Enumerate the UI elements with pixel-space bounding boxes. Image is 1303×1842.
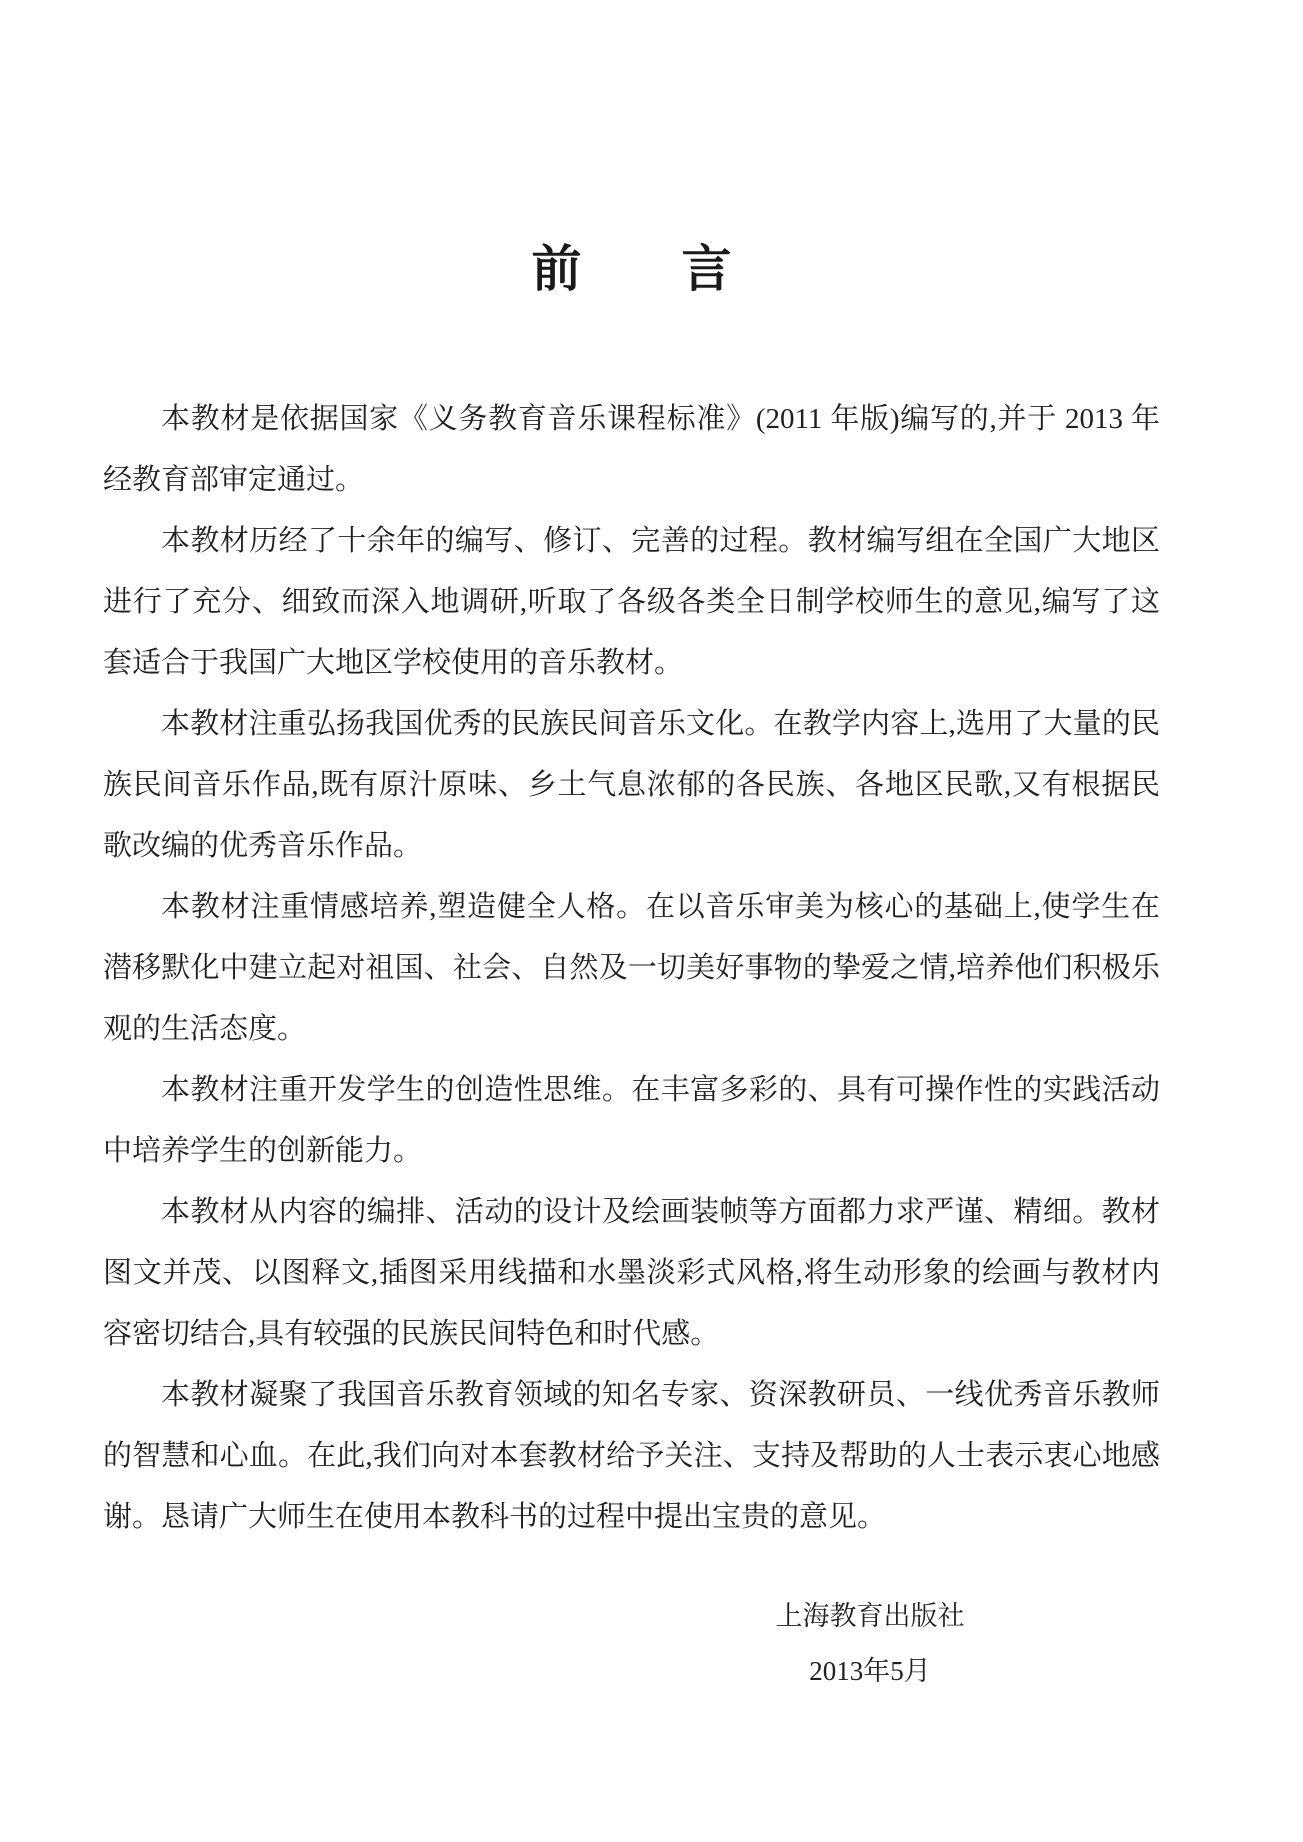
paragraph-emotion: 本教材注重情感培养,塑造健全人格。在以音乐审美为核心的基础上,使学生在潜移默化中… <box>103 877 1160 1060</box>
paragraph-acknowledgement: 本教材凝聚了我国音乐教育领域的知名专家、资深教研员、一线优秀音乐教师的智慧和心血… <box>103 1365 1160 1548</box>
publish-date: 2013年5月 <box>720 1644 1020 1699</box>
paragraph-design: 本教材从内容的编排、活动的设计及绘画装帧等方面都力求严谨、精细。教材图文并茂、以… <box>103 1182 1160 1365</box>
page-title: 前 言 <box>103 241 1160 299</box>
preface-body: 本教材是依据国家《义务教育音乐课程标准》(2011 年版)编写的,并于 2013… <box>103 389 1160 1548</box>
paragraph-history: 本教材历经了十余年的编写、修订、完善的过程。教材编写组在全国广大地区进行了充分、… <box>103 511 1160 694</box>
paragraph-intro-standard: 本教材是依据国家《义务教育音乐课程标准》(2011 年版)编写的,并于 2013… <box>103 389 1160 511</box>
paragraph-folk-music: 本教材注重弘扬我国优秀的民族民间音乐文化。在教学内容上,选用了大量的民族民间音乐… <box>103 694 1160 877</box>
paragraph-creativity: 本教材注重开发学生的创造性思维。在丰富多彩的、具有可操作性的实践活动中培养学生的… <box>103 1060 1160 1182</box>
publisher-name: 上海教育出版社 <box>720 1589 1020 1644</box>
preface-page: 前 言 本教材是依据国家《义务教育音乐课程标准》(2011 年版)编写的,并于 … <box>0 0 1303 1842</box>
signature-block: 上海教育出版社 2013年5月 <box>720 1589 1020 1699</box>
